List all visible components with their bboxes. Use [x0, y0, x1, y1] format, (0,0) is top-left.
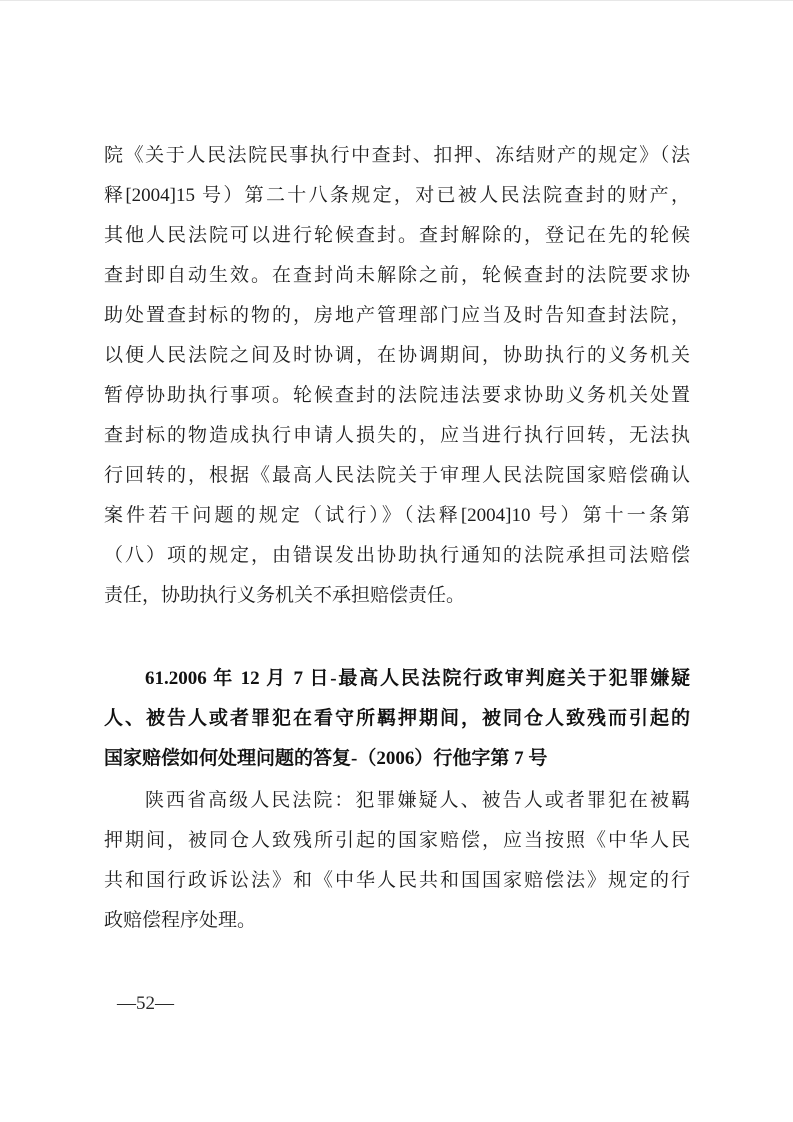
text-line: 押期间，被同仓人致残所引起的国家赔偿，应当按照《中华人民 [104, 821, 690, 861]
text-line: 院《关于人民法院民事执行中查封、扣押、冻结财产的规定》（法 [104, 136, 690, 176]
text-line: 61.2006 年 12 月 7 日-最高人民法院行政审判庭关于犯罪嫌疑 [104, 659, 690, 699]
text-line: 暂停协助执行事项。轮候查封的法院违法要求协助义务机关处置 [104, 376, 690, 416]
text-line: 责任，协助执行义务机关不承担赔偿责任。 [104, 576, 690, 616]
page-number: —52— [117, 992, 174, 1016]
text-line: 人、被告人或者罪犯在看守所羁押期间，被同仓人致残而引起的 [104, 699, 690, 739]
document-page: 院《关于人民法院民事执行中查封、扣押、冻结财产的规定》（法释[2004]15 号… [0, 0, 793, 1122]
paragraph-continued-from-previous-page: 院《关于人民法院民事执行中查封、扣押、冻结财产的规定》（法释[2004]15 号… [104, 136, 690, 616]
text-line: 释[2004]15 号）第二十八条规定，对已被人民法院查封的财产， [104, 176, 690, 216]
text-line: 其他人民法院可以进行轮候查封。查封解除的，登记在先的轮候 [104, 216, 690, 256]
section-heading-61: 61.2006 年 12 月 7 日-最高人民法院行政审判庭关于犯罪嫌疑人、被告… [104, 659, 690, 779]
text-line: 行回转的，根据《最高人民法院关于审理人民法院国家赔偿确认 [104, 456, 690, 496]
text-line: （八）项的规定，由错误发出协助执行通知的法院承担司法赔偿 [104, 536, 690, 576]
text-line: 案件若干问题的规定（试行）》（法释[2004]10 号）第十一条第 [104, 496, 690, 536]
text-line: 共和国行政诉讼法》和《中华人民共和国国家赔偿法》规定的行 [104, 861, 690, 901]
text-line: 国家赔偿如何处理问题的答复-（2006）行他字第 7 号 [104, 739, 690, 779]
text-line: 政赔偿程序处理。 [104, 901, 690, 941]
paragraph-reply-text: 陕西省高级人民法院：犯罪嫌疑人、被告人或者罪犯在被羁押期间，被同仓人致残所引起的… [104, 781, 690, 941]
text-line: 陕西省高级人民法院：犯罪嫌疑人、被告人或者罪犯在被羁 [104, 781, 690, 821]
text-line: 以便人民法院之间及时协调，在协调期间，协助执行的义务机关 [104, 336, 690, 376]
text-line: 查封即自动生效。在查封尚未解除之前，轮候查封的法院要求协 [104, 256, 690, 296]
text-line: 查封标的物造成执行申请人损失的，应当进行执行回转，无法执 [104, 416, 690, 456]
document-text: 院《关于人民法院民事执行中查封、扣押、冻结财产的规定》（法释[2004]15 号… [104, 136, 690, 941]
text-line: 助处置查封标的物的，房地产管理部门应当及时告知查封法院， [104, 296, 690, 336]
